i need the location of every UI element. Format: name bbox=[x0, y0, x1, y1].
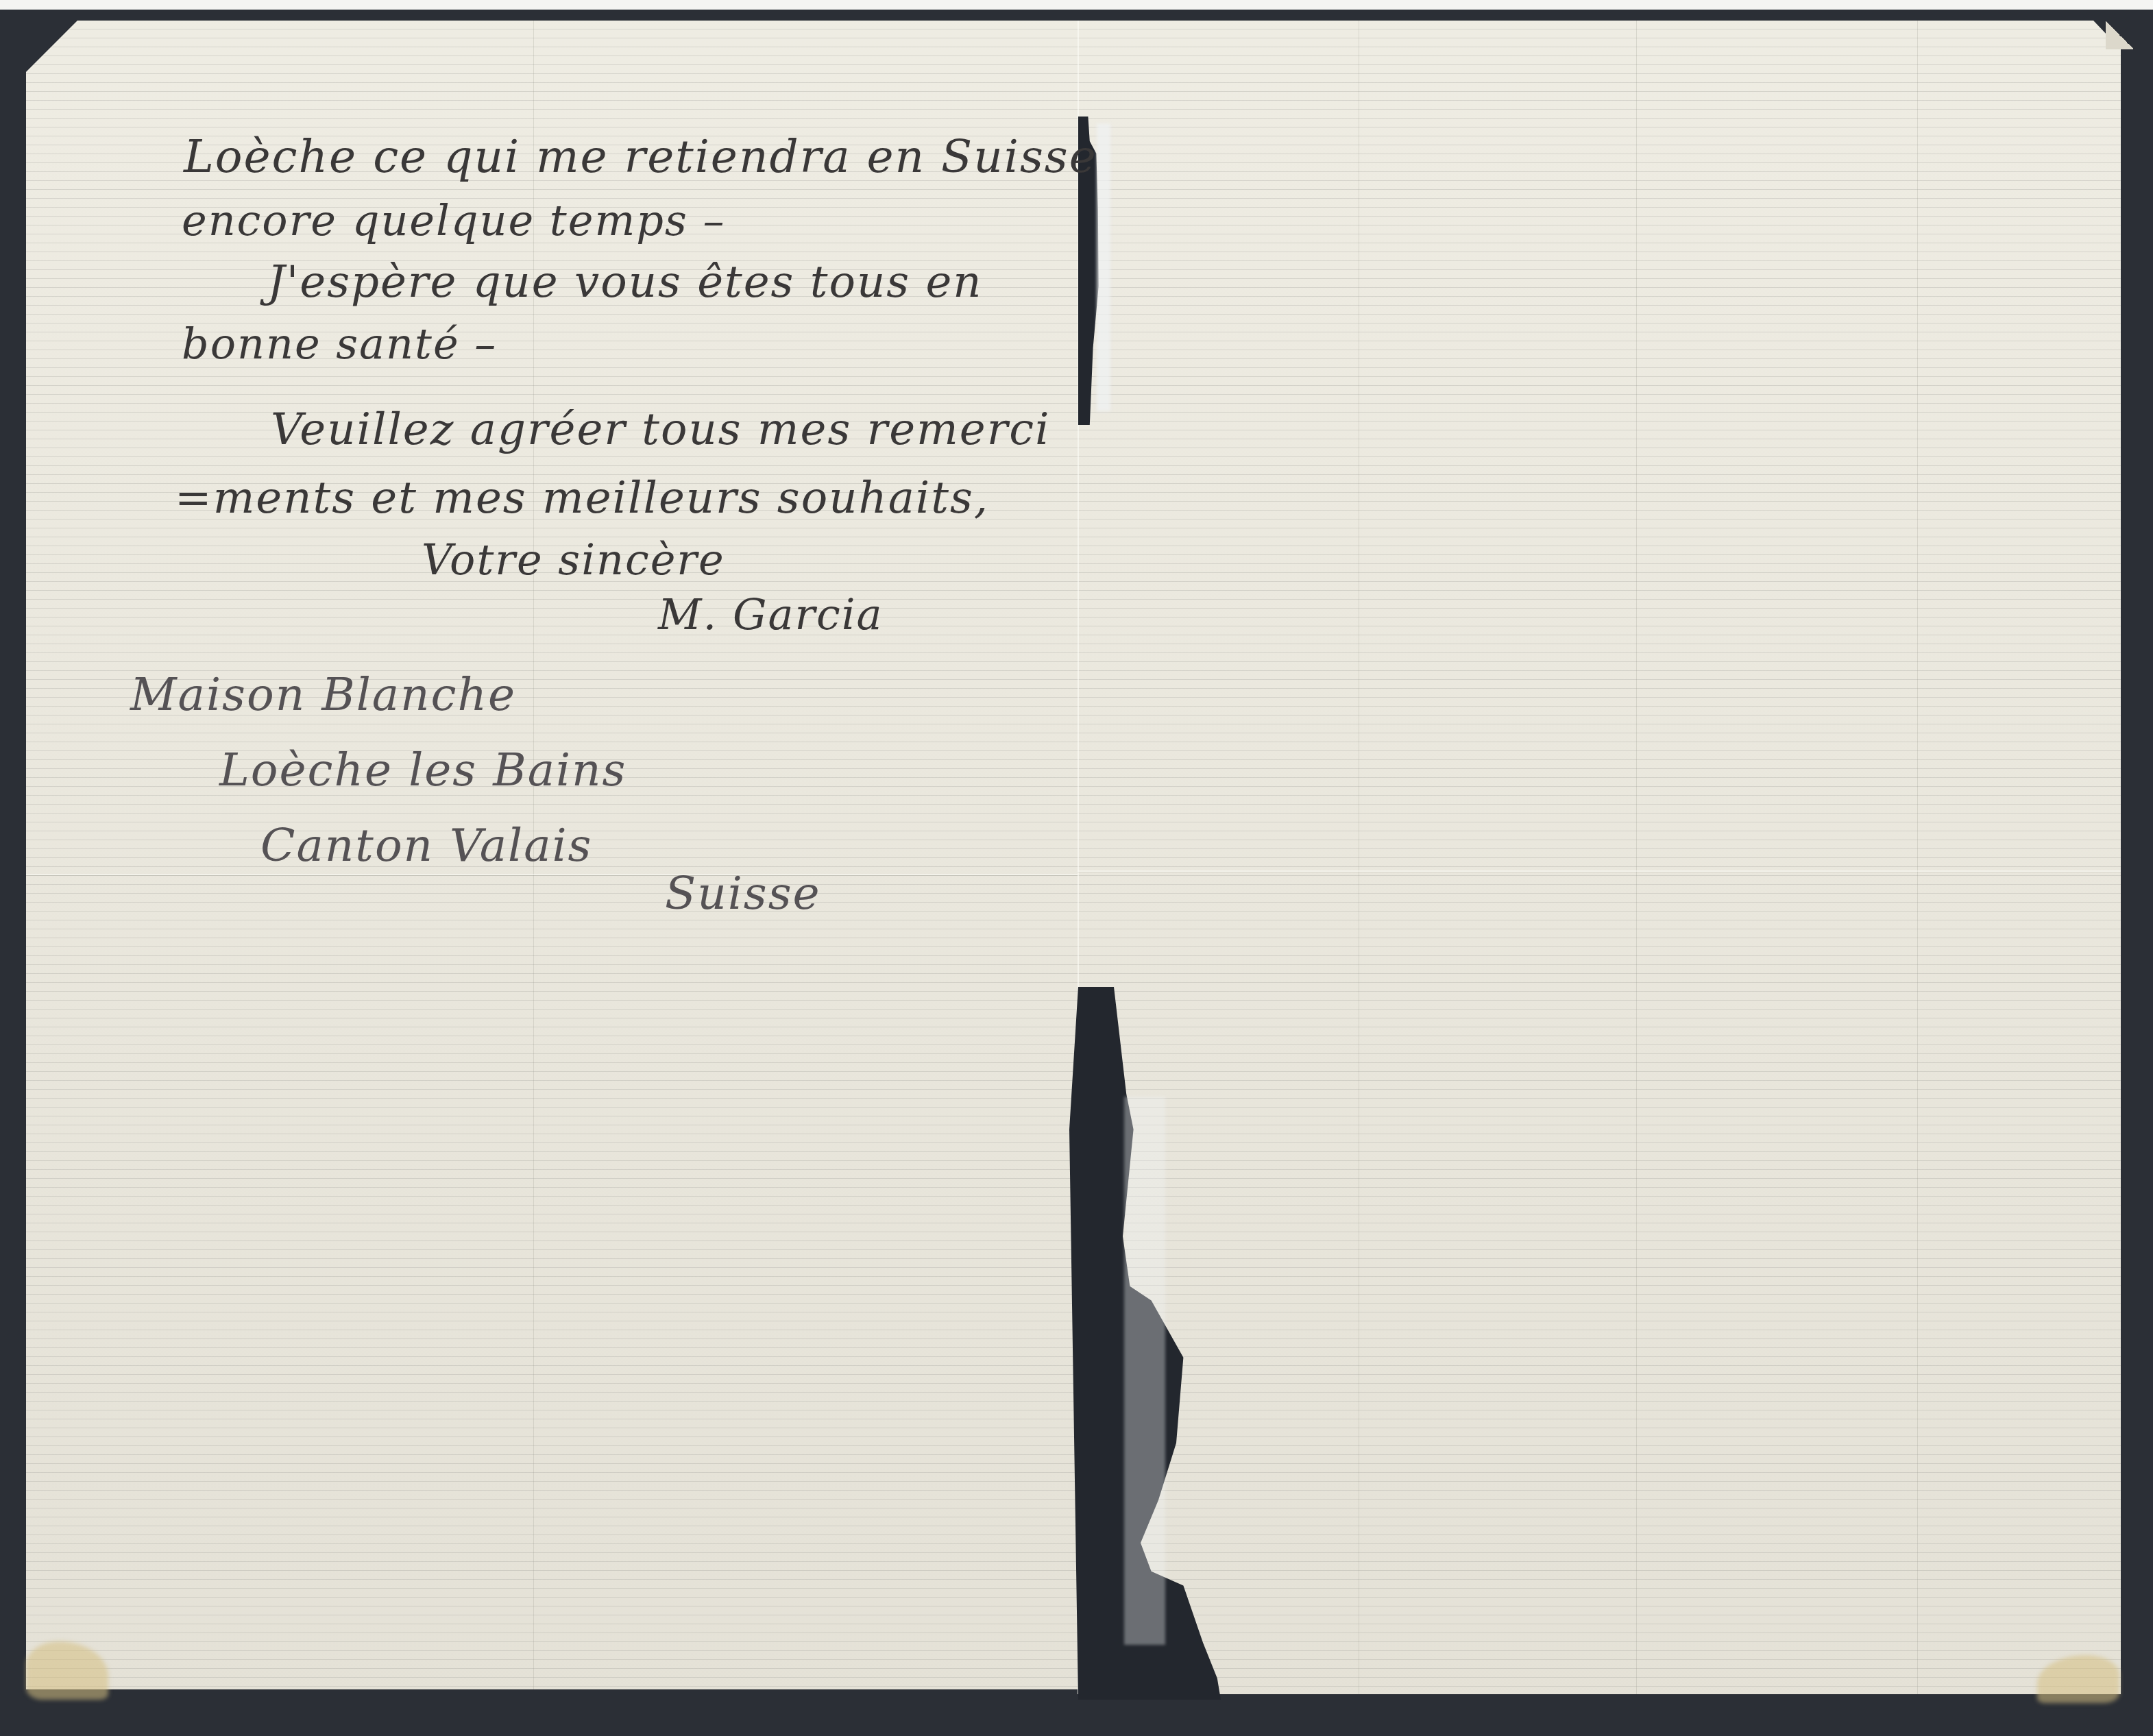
address-line: Canton Valais bbox=[260, 819, 593, 872]
address-line: Maison Blanche bbox=[130, 668, 516, 721]
vertical-fold-line bbox=[1636, 21, 1637, 1694]
address-line: Suisse bbox=[665, 867, 821, 920]
ruling-margin-line bbox=[1917, 21, 1918, 1694]
letter-line: Veuillez agréer tous mes remerci bbox=[271, 404, 1051, 455]
letter-line: Loèche ce qui me retiendra en Suisse bbox=[184, 130, 1097, 183]
horizontal-fold-crease bbox=[26, 874, 1078, 875]
signature: M. Garcia bbox=[658, 589, 884, 639]
letter-line: =ments et mes meilleurs souhaits, bbox=[175, 473, 989, 524]
letter-line: J'espère que vous êtes tous en bbox=[267, 257, 983, 308]
letter-closing: Votre sincère bbox=[422, 535, 725, 585]
torn-edge-fibers bbox=[1124, 1097, 1165, 1645]
ruling-margin-line bbox=[1359, 21, 1359, 1694]
horizontal-fold-crease bbox=[1078, 870, 2121, 872]
torn-edge-fibers bbox=[1097, 123, 1110, 411]
scan-top-edge bbox=[0, 0, 2153, 10]
letter-page-right bbox=[1078, 21, 2121, 1694]
letter-line: encore quelque temps – bbox=[182, 195, 725, 245]
folded-corner bbox=[2106, 21, 2133, 49]
address-line: Loèche les Bains bbox=[219, 744, 627, 796]
letter-line: bonne santé – bbox=[182, 319, 497, 369]
